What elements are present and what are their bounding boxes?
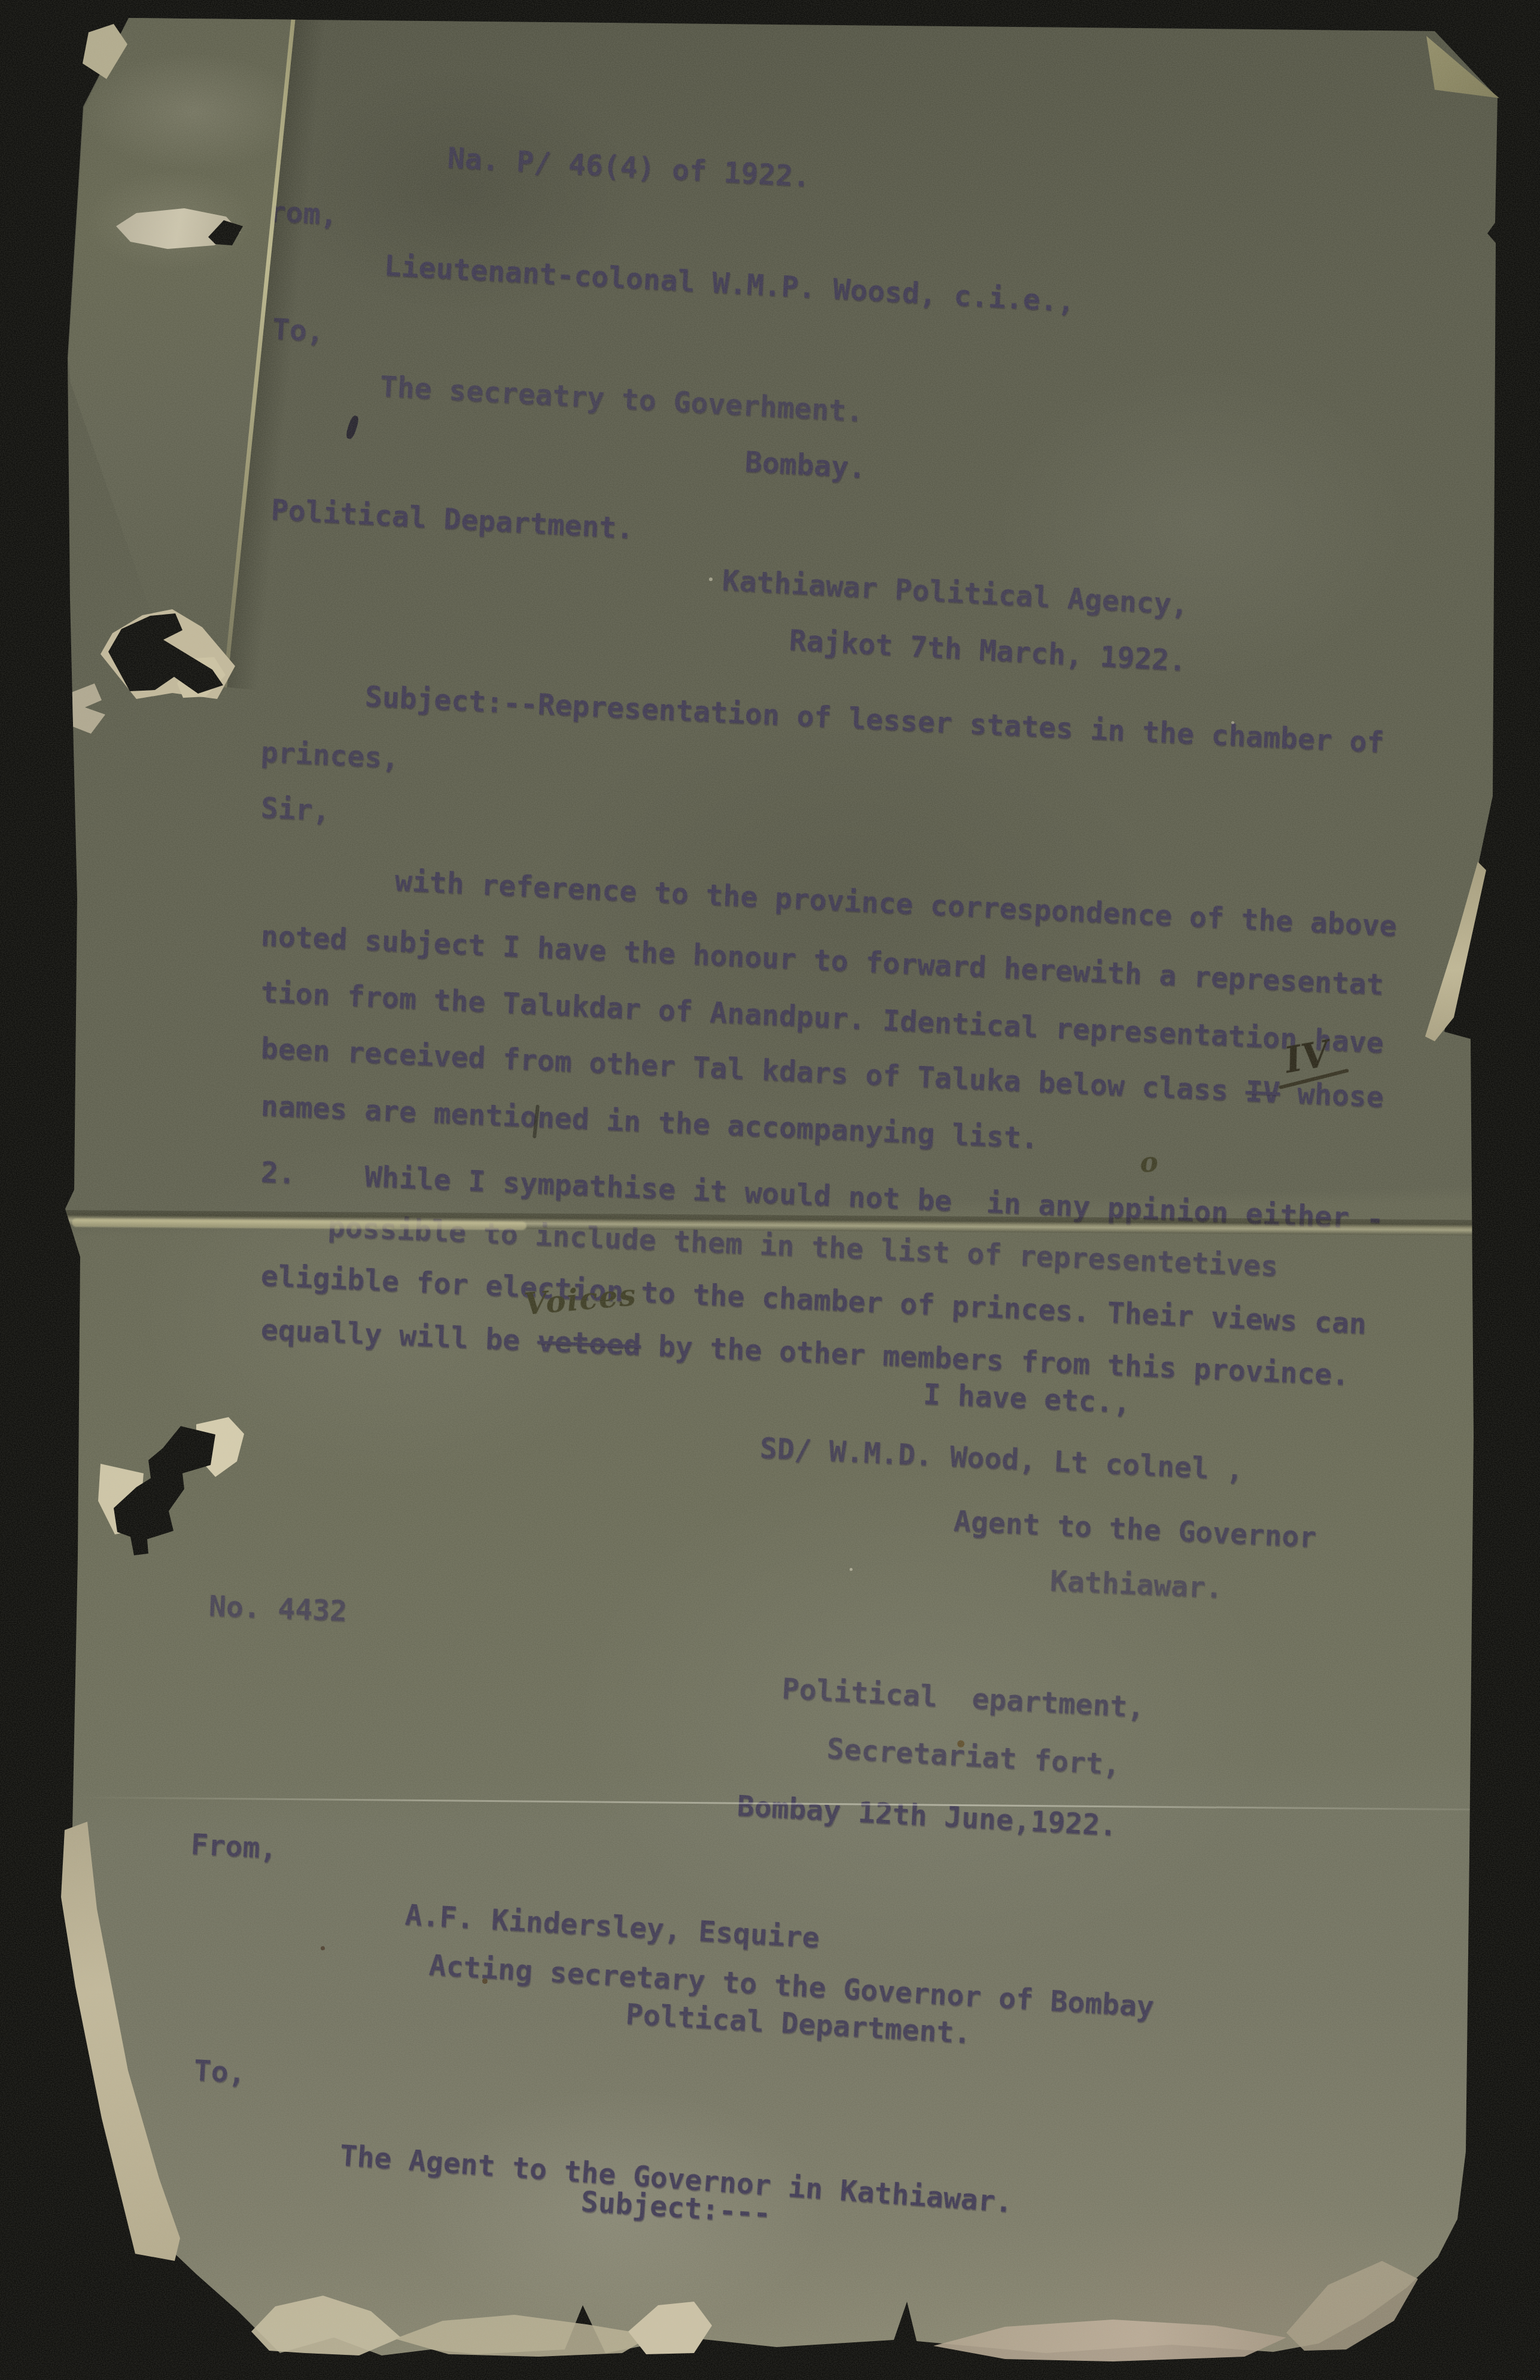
dept-line: Political epartment,: [781, 1674, 1146, 1722]
dust-fleck: [709, 577, 713, 581]
address-line: Secretariat fort,: [826, 1734, 1121, 1779]
signatory-title: Agent to the Governor: [953, 1507, 1317, 1552]
dust-fleck: [850, 1568, 853, 1571]
stain-spot: [482, 1978, 488, 1984]
sender-name-2: A.F. Kindersley, Esquire: [404, 1901, 820, 1953]
subject-line-2: princes,: [260, 738, 400, 773]
ink-smudge: [345, 415, 360, 440]
dateline-2: Bombay 12th June,1922.: [736, 1792, 1118, 1840]
body-text: equally will be: [260, 1313, 538, 1358]
stain-spot: [321, 1946, 325, 1950]
torn-edge-bits: [67, 683, 115, 734]
dateline: Rajkot 7th March, 1922.: [789, 626, 1187, 676]
signatory-place: Kathiawar.: [1049, 1567, 1224, 1603]
recipient-line: The secreatry to Goverhment.: [379, 372, 865, 426]
valediction: I have etc.,: [923, 1380, 1131, 1417]
body-line: names are mentioned in the accompanying …: [260, 1092, 1039, 1153]
agency-line: Kathiawar Political Agency,: [722, 566, 1189, 619]
body-line: with reference to the province correspon…: [394, 867, 1398, 941]
paper-sheet: Na. P/ 46(4) of 1922. From, Lieutenant-c…: [0, 0, 1540, 2380]
scanned-letter-photo: Na. P/ 46(4) of 1922. From, Lieutenant-c…: [0, 0, 1540, 2380]
salutation: Sir,: [260, 794, 331, 825]
reference-number: No. 4432: [208, 1592, 348, 1626]
from-label-2: From,: [190, 1830, 278, 1863]
struck-class-number: IV: [1244, 1075, 1280, 1110]
subject-line-1: Subject:--Representation of lesser state…: [364, 682, 1384, 757]
signature-line: SD/ W.M.D. Wood, Lt colnel ,: [759, 1434, 1244, 1485]
handwritten-inserted-o: o: [1139, 1145, 1159, 1179]
struck-word-vetoed: vetoed: [537, 1324, 642, 1362]
file-number-line: Na. P/ 46(4) of 1922.: [447, 144, 811, 192]
sender-line: Lieutenant-colonal W.M.P. Woosd, c.i.e.,: [384, 251, 1076, 316]
to-label-2: To,: [193, 2056, 246, 2088]
stain-spot: [957, 1740, 964, 1747]
dust-fleck: [1231, 721, 1234, 724]
recipient-city: Bombay.: [744, 448, 867, 483]
recipient-dept: Political Department.: [270, 496, 635, 543]
